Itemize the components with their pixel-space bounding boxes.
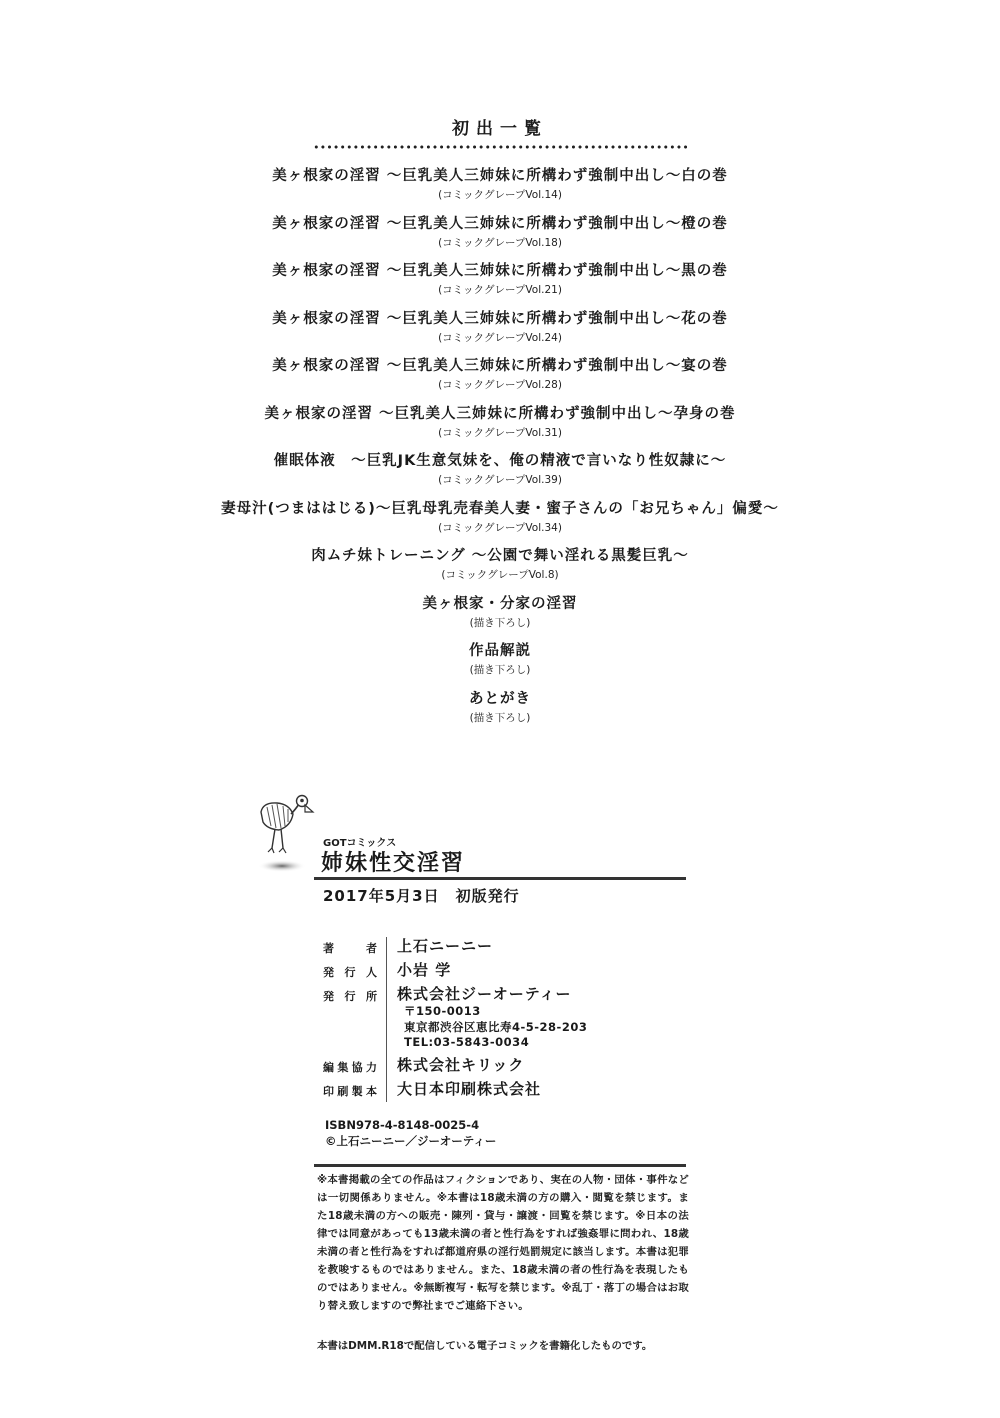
- work-title: あとがき: [0, 688, 1000, 710]
- work-title: 美ヶ根家の淫習 〜巨乳美人三姉妹に所構わず強制中出し〜花の巻: [0, 308, 1000, 330]
- credit-row-author: 著者 上石ニーニー: [323, 935, 506, 959]
- work-source: (描き下ろし): [0, 710, 1000, 726]
- book-title: 姉妹性交淫習: [321, 846, 465, 877]
- list-item: 美ヶ根家・分家の淫習 (描き下ろし): [0, 593, 1000, 641]
- work-source: (コミックグレープVol.8): [0, 567, 1000, 583]
- credit-label: 編集協力: [323, 1059, 377, 1075]
- work-title: 作品解説: [0, 640, 1000, 662]
- list-item: 美ヶ根家の淫習 〜巨乳美人三姉妹に所構わず強制中出し〜花の巻 (コミックグレープ…: [0, 308, 1000, 356]
- work-title: 美ヶ根家・分家の淫習: [0, 593, 1000, 615]
- work-title: 妻母汁(つまははじる)〜巨乳母乳売春美人妻・蜜子さんの「お兄ちゃん」偏愛〜: [0, 498, 1000, 520]
- dotted-divider: [313, 145, 687, 149]
- list-item: 催眠体液 〜巨乳JK生意気妹を、俺の精液で言いなり性奴隷に〜 (コミックグレープ…: [0, 450, 1000, 498]
- list-item: 美ヶ根家の淫習 〜巨乳美人三姉妹に所構わず強制中出し〜白の巻 (コミックグレープ…: [0, 165, 1000, 213]
- ebook-note: 本書はDMM.R18で配信している電子コミックを書籍化したものです。: [317, 1337, 652, 1352]
- work-title: 美ヶ根家の淫習 〜巨乳美人三姉妹に所構わず強制中出し〜孕身の巻: [0, 403, 1000, 425]
- credit-label: 発行人: [323, 964, 377, 980]
- credit-row-editing: 編集協力 株式会社キリック: [323, 1054, 506, 1078]
- list-item: 美ヶ根家の淫習 〜巨乳美人三姉妹に所構わず強制中出し〜宴の巻 (コミックグレープ…: [0, 355, 1000, 403]
- isbn: ISBN978-4-8148-0025-4: [325, 1117, 496, 1133]
- work-title: 美ヶ根家の淫習 〜巨乳美人三姉妹に所構わず強制中出し〜黒の巻: [0, 260, 1000, 282]
- credit-value: 小岩 学: [397, 959, 451, 980]
- work-source: (描き下ろし): [0, 615, 1000, 631]
- list-item: 美ヶ根家の淫習 〜巨乳美人三姉妹に所構わず強制中出し〜黒の巻 (コミックグレープ…: [0, 260, 1000, 308]
- isbn-block: ISBN978-4-8148-0025-4 ©上石ニーニー／ジーオーティー: [325, 1117, 496, 1149]
- first-appearance-title: 初出一覧: [0, 114, 1000, 139]
- list-item: 妻母汁(つまははじる)〜巨乳母乳売春美人妻・蜜子さんの「お兄ちゃん」偏愛〜 (コ…: [0, 498, 1000, 546]
- work-title: 美ヶ根家の淫習 〜巨乳美人三姉妹に所構わず強制中出し〜白の巻: [0, 165, 1000, 187]
- work-source: (コミックグレープVol.21): [0, 282, 1000, 298]
- works-list: 美ヶ根家の淫習 〜巨乳美人三姉妹に所構わず強制中出し〜白の巻 (コミックグレープ…: [0, 165, 1000, 735]
- street-address: 東京都渋谷区恵比寿4-5-28-203: [404, 1020, 587, 1036]
- legal-notice: ※本書掲載の全ての作品はフィクションであり、実在の人物・団体・事件などは一切関係…: [317, 1171, 689, 1315]
- credit-row-publisher-person: 発行人 小岩 学: [323, 959, 506, 983]
- work-title: 美ヶ根家の淫習 〜巨乳美人三姉妹に所構わず強制中出し〜橙の巻: [0, 213, 1000, 235]
- credit-value: 上石ニーニー: [397, 935, 493, 956]
- bird-logo-icon: [255, 792, 325, 877]
- divider: [314, 877, 686, 880]
- credit-value: 株式会社ジーオーティー: [397, 983, 572, 1004]
- work-title: 肉ムチ妹トレーニング 〜公園で舞い淫れる黒髪巨乳〜: [0, 545, 1000, 567]
- work-source: (コミックグレープVol.24): [0, 330, 1000, 346]
- list-item: あとがき (描き下ろし): [0, 688, 1000, 736]
- publisher-address: 〒150-0013 東京都渋谷区恵比寿4-5-28-203 TEL:03-584…: [404, 1004, 587, 1051]
- work-source: (コミックグレープVol.14): [0, 187, 1000, 203]
- work-source: (コミックグレープVol.39): [0, 472, 1000, 488]
- list-item: 作品解説 (描き下ろし): [0, 640, 1000, 688]
- copyright: ©上石ニーニー／ジーオーティー: [325, 1133, 496, 1149]
- work-title: 催眠体液 〜巨乳JK生意気妹を、俺の精液で言いなり性奴隷に〜: [0, 450, 1000, 472]
- credit-value: 大日本印刷株式会社: [397, 1078, 541, 1099]
- credits-block: 著者 上石ニーニー 発行人 小岩 学 発行所 株式会社ジーオーティー 〒150-…: [323, 935, 506, 1102]
- work-source: (コミックグレープVol.28): [0, 377, 1000, 393]
- credit-value: 株式会社キリック: [397, 1054, 524, 1075]
- work-source: (描き下ろし): [0, 662, 1000, 678]
- work-source: (コミックグレープVol.31): [0, 425, 1000, 441]
- colophon-page: 初出一覧 美ヶ根家の淫習 〜巨乳美人三姉妹に所構わず強制中出し〜白の巻 (コミッ…: [0, 0, 1000, 1418]
- postal-code: 〒150-0013: [404, 1004, 587, 1020]
- work-source: (コミックグレープVol.34): [0, 520, 1000, 536]
- phone-number: TEL:03-5843-0034: [404, 1035, 587, 1051]
- credit-label: 印刷製本: [323, 1083, 377, 1099]
- list-item: 肉ムチ妹トレーニング 〜公園で舞い淫れる黒髪巨乳〜 (コミックグレープVol.8…: [0, 545, 1000, 593]
- credit-label: 発行所: [323, 988, 377, 1004]
- work-source: (コミックグレープVol.18): [0, 235, 1000, 251]
- list-item: 美ヶ根家の淫習 〜巨乳美人三姉妹に所構わず強制中出し〜孕身の巻 (コミックグレー…: [0, 403, 1000, 451]
- credit-label: 著者: [323, 940, 377, 956]
- divider: [314, 1164, 686, 1167]
- list-item: 美ヶ根家の淫習 〜巨乳美人三姉妹に所構わず強制中出し〜橙の巻 (コミックグレープ…: [0, 213, 1000, 261]
- work-title: 美ヶ根家の淫習 〜巨乳美人三姉妹に所構わず強制中出し〜宴の巻: [0, 355, 1000, 377]
- credit-row-printing: 印刷製本 大日本印刷株式会社: [323, 1078, 506, 1102]
- publication-date: 2017年5月3日 初版発行: [323, 885, 520, 906]
